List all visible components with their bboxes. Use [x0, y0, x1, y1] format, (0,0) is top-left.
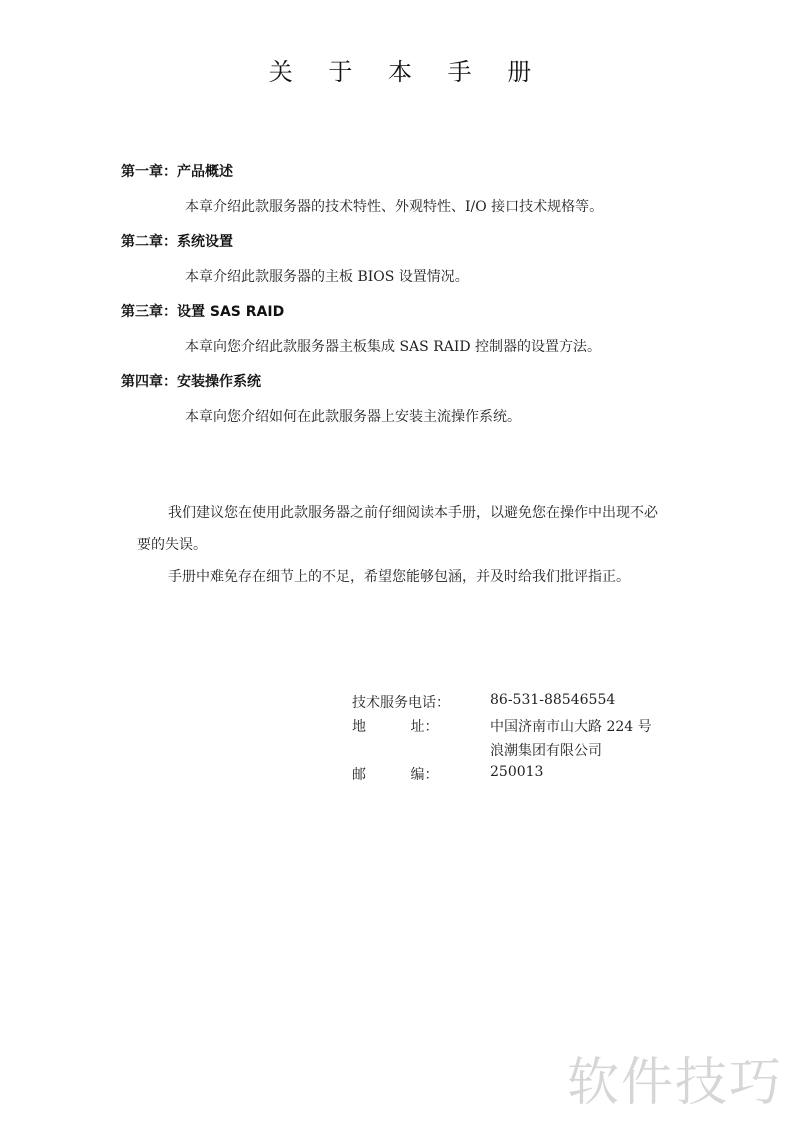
phone-label: 技术服务电话： — [352, 692, 450, 712]
address-line-2: 浪潮集团有限公司 — [490, 740, 602, 760]
chapter-4-description: 本章向您介绍如何在此款服务器上安装主流操作系统。 — [185, 406, 521, 426]
chapter-3-description: 本章向您介绍此款服务器主板集成 SAS RAID 控制器的设置方法。 — [185, 336, 601, 356]
chapter-3-heading: 第三章：设置 SAS RAID — [121, 301, 284, 321]
chapter-1-description: 本章介绍此款服务器的技术特性、外观特性、I/O 接口技术规格等。 — [185, 196, 603, 216]
watermark: 软件技巧 — [567, 1040, 783, 1115]
chapter-2-description: 本章介绍此款服务器的主板 BIOS 设置情况。 — [185, 266, 469, 286]
chapter-1-heading: 第一章：产品概述 — [121, 161, 233, 181]
postcode-label: 邮 编： — [352, 764, 439, 784]
advice-paragraph-line-1: 我们建议您在使用此款服务器之前仔细阅读本手册，以避免您在操作中出现不必 — [168, 502, 658, 522]
postcode-value: 250013 — [490, 764, 543, 780]
apology-paragraph: 手册中难免存在细节上的不足，希望您能够包涵，并及时给我们批评指正。 — [168, 566, 630, 586]
advice-paragraph-line-2: 要的失误。 — [137, 534, 207, 554]
address-line-1: 中国济南市山大路 224 号 — [490, 716, 652, 736]
page-title: 关 于 本 手 册 — [0, 52, 800, 87]
chapter-2-heading: 第二章：系统设置 — [121, 231, 233, 251]
address-label: 地 址： — [352, 716, 439, 736]
phone-value: 86-531-88546554 — [490, 692, 615, 708]
chapter-4-heading: 第四章：安装操作系统 — [121, 371, 261, 391]
